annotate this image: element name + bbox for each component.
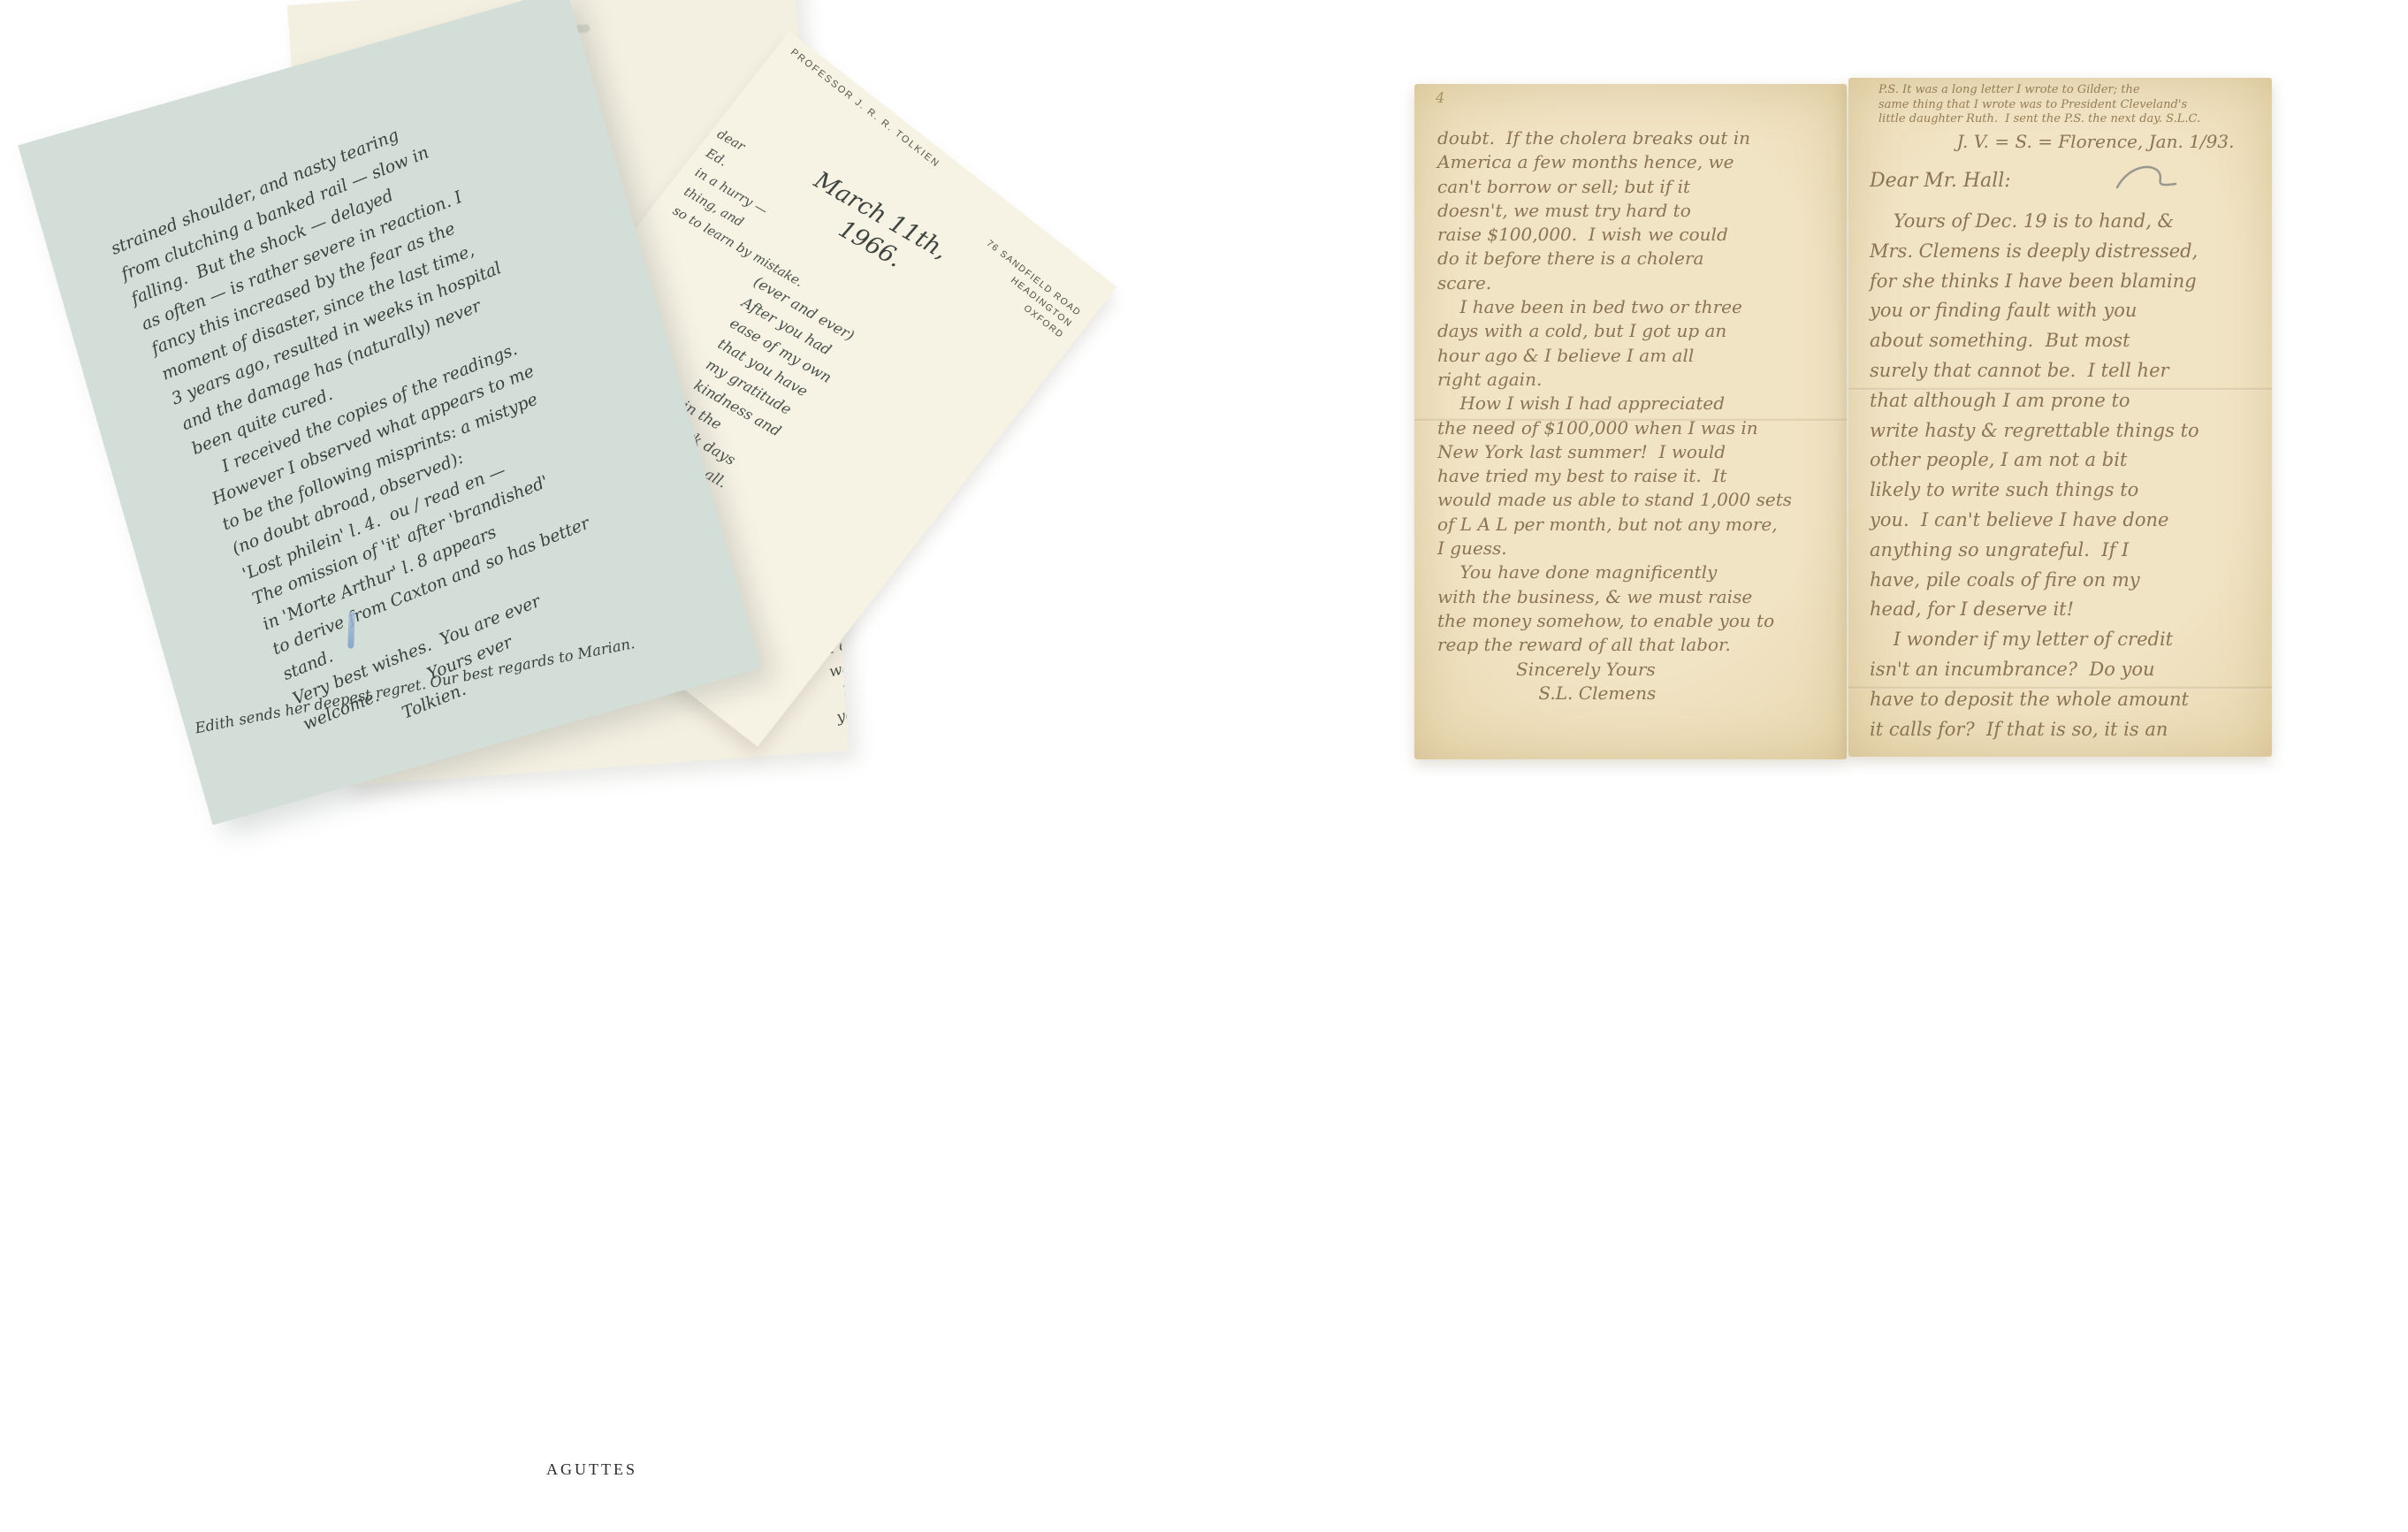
handwriting-line: How I wish I had appreciated — [1437, 392, 1831, 415]
auction-house-logo: AGUTTES — [546, 1460, 637, 1479]
handwriting-line: for she thinks I have been blaming — [1870, 267, 2261, 297]
handwriting-line: of L A L per month, but not any more, — [1437, 513, 1831, 537]
handwriting-line: America a few months hence, we — [1437, 150, 1831, 174]
clemens-right-handwriting: Yours of Dec. 19 is to hand, &Mrs. Cleme… — [1870, 207, 2261, 744]
handwriting-line: I guess. — [1437, 537, 1831, 560]
letter-date: March 11th, 1966. — [794, 165, 953, 292]
handwriting-line: scare. — [1437, 271, 1831, 295]
photo-canvas: ( well, as his knees troublehim constant… — [0, 0, 2408, 1532]
handwriting-line: you or finding fault with you — [1870, 296, 2261, 326]
handwriting-line: New York last summer! I would — [1437, 440, 1831, 464]
handwriting-line: the money somehow, to enable you to — [1437, 609, 1831, 633]
postscript-line: same thing that I wrote was to President… — [1878, 98, 2265, 113]
handwriting-line: raise $100,000. I wish we could — [1437, 223, 1831, 247]
handwriting-line: I have been in bed two or three — [1437, 295, 1831, 319]
handwriting-line: it calls for? If that is so, it is an — [1870, 715, 2261, 745]
clemens-left-handwriting: doubt. If the cholera breaks out inAmeri… — [1437, 126, 1831, 705]
postscript-block: P.S. It was a long letter I wrote to Gil… — [1878, 83, 2265, 127]
handwriting-line: that although I am prone to — [1870, 386, 2261, 416]
handwriting-line: would made us able to stand 1,000 sets — [1437, 488, 1831, 512]
salutation: Dear Mr. Hall: — [1870, 170, 2011, 192]
letterhead-address: 76 SANDFIELD ROADHEADINGTONOXFORD — [966, 237, 1085, 342]
letterhead-name: PROFESSOR J. R. R. TOLKIEN — [789, 47, 941, 170]
handwriting-line: isn't an incumbrance? Do you — [1870, 655, 2261, 685]
handwriting-line: anything so ungrateful. If I — [1870, 536, 2261, 566]
handwriting-line: reap the reward of all that labor. — [1437, 633, 1831, 657]
handwriting-line: have, pile coals of fire on my — [1870, 566, 2261, 596]
handwriting-line: surely that cannot be. I tell her — [1870, 356, 2261, 386]
handwriting-line: S.L. Clemens — [1437, 682, 1831, 705]
clemens-page-right: P.S. It was a long letter I wrote to Gil… — [1848, 78, 2272, 757]
handwriting-line: head, for I deserve it! — [1870, 595, 2261, 625]
handwriting-line: have to deposit the whole amount — [1870, 685, 2261, 715]
handwriting-line: doesn't, we must try hard to — [1437, 199, 1831, 223]
blue-ink-stroke — [347, 612, 354, 649]
letter-dateline: J. V. = S. = Florence, Jan. 1/93. — [1928, 131, 2263, 152]
handwriting-line: Sincerely Yours — [1437, 658, 1831, 682]
handwriting-line: do it before there is a cholera — [1437, 247, 1831, 271]
handwriting-line: right again. — [1437, 368, 1831, 392]
handwriting-line: Yours of Dec. 19 is to hand, & — [1870, 207, 2261, 237]
handwriting-line: have tried my best to raise it. It — [1437, 464, 1831, 488]
handwriting-line: doubt. If the cholera breaks out in — [1437, 126, 1831, 150]
postscript-line: P.S. It was a long letter I wrote to Gil… — [1878, 83, 2265, 98]
pencil-flourish-mark — [2114, 161, 2184, 196]
handwriting-line: about something. But most — [1870, 326, 2261, 356]
handwriting-line: write hasty & regrettable things to — [1870, 416, 2261, 446]
handwriting-line: with the business, & we must raise — [1437, 585, 1831, 609]
handwriting-line: can't borrow or sell; but if it — [1437, 175, 1831, 199]
handwriting-line: hour ago & I believe I am all — [1437, 344, 1831, 368]
handwriting-line: you. I can't believe I have done — [1870, 506, 2261, 536]
handwriting-line: the need of $100,000 when I was in — [1437, 416, 1831, 440]
clemens-page-left: 4 doubt. If the cholera breaks out inAme… — [1414, 84, 1847, 759]
page-number: 4 — [1436, 89, 1444, 106]
handwriting-line: other people, I am not a bit — [1870, 446, 2261, 476]
handwriting-line: likely to write such things to — [1870, 476, 2261, 506]
handwriting-line: days with a cold, but I got up an — [1437, 319, 1831, 343]
handwriting-line: You have done magnificently — [1437, 560, 1831, 584]
handwriting-line: Mrs. Clemens is deeply distressed, — [1870, 237, 2261, 267]
postscript-line: little daughter Ruth. I sent the P.S. th… — [1878, 112, 2265, 127]
handwriting-line: I wonder if my letter of credit — [1870, 625, 2261, 655]
